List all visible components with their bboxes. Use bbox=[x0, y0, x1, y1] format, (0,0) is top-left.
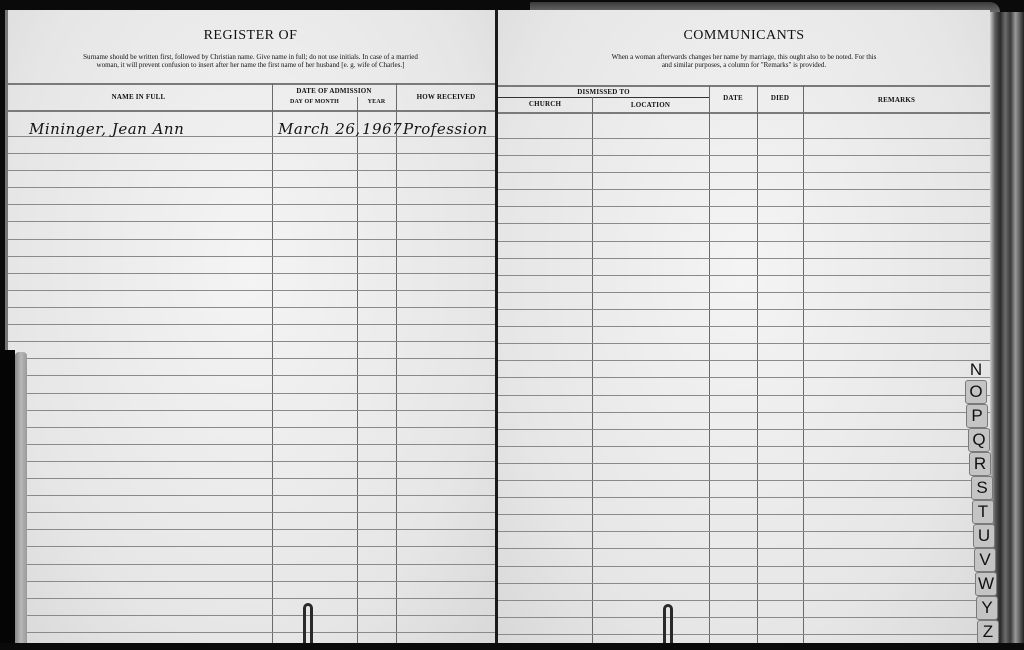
row-rule bbox=[5, 564, 496, 565]
row-rule bbox=[498, 412, 990, 413]
row-rule bbox=[498, 138, 990, 139]
row-rule bbox=[498, 480, 990, 481]
column-header-dismissed-to: DISMISSED TO bbox=[498, 88, 709, 96]
row-rule bbox=[498, 292, 990, 293]
row-rule bbox=[498, 172, 990, 173]
row-rule bbox=[5, 290, 496, 291]
row-rule bbox=[498, 583, 990, 584]
divider-died-remarks bbox=[803, 85, 804, 645]
row-rule bbox=[498, 514, 990, 515]
row-rule bbox=[5, 375, 496, 376]
divider-name-date bbox=[272, 83, 273, 645]
right-instructions-line1: When a woman afterwards changes her name… bbox=[498, 53, 990, 61]
index-tab-o[interactable]: O bbox=[965, 380, 987, 404]
row-rule bbox=[498, 223, 990, 224]
divider-date-died bbox=[757, 85, 758, 645]
row-rule bbox=[5, 256, 496, 257]
left-page: REGISTER OF Surname should be written fi… bbox=[5, 10, 496, 645]
row-rule bbox=[5, 324, 496, 325]
row-rule bbox=[5, 358, 496, 359]
entry-day-of-month: March 26, bbox=[278, 120, 361, 138]
row-rule bbox=[498, 258, 990, 259]
index-tab-q[interactable]: Q bbox=[968, 428, 990, 452]
page-title-communicants: COMMUNICANTS bbox=[498, 28, 990, 44]
index-tab-v[interactable]: V bbox=[974, 548, 996, 572]
index-tab-n[interactable]: N bbox=[965, 358, 987, 382]
row-rule bbox=[5, 221, 496, 222]
row-rule bbox=[5, 546, 496, 547]
row-rule bbox=[498, 377, 990, 378]
row-rule bbox=[5, 427, 496, 428]
row-rule bbox=[498, 326, 990, 327]
divider-location-date bbox=[709, 85, 710, 645]
column-header-location: LOCATION bbox=[592, 101, 709, 109]
row-rule bbox=[5, 204, 496, 205]
index-tab-u[interactable]: U bbox=[973, 524, 995, 548]
right-instructions-line2: and similar purposes, a column for "Rema… bbox=[498, 61, 990, 69]
page-title-register-of: REGISTER OF bbox=[5, 28, 496, 44]
column-header-name: NAME IN FULL bbox=[5, 93, 272, 101]
left-instructions-line2: woman, it will prevent confusion to inse… bbox=[5, 61, 496, 69]
row-rule bbox=[5, 341, 496, 342]
row-rule bbox=[5, 170, 496, 171]
entry-name: Mininger, Jean Ann bbox=[29, 120, 184, 138]
entry-year: 1967 bbox=[362, 120, 402, 138]
row-rule bbox=[5, 478, 496, 479]
column-header-date-of-admission: DATE OF ADMISSION bbox=[272, 87, 396, 95]
header-bottom-rule bbox=[5, 110, 496, 112]
index-tab-w[interactable]: W bbox=[975, 572, 997, 596]
row-rule bbox=[498, 275, 990, 276]
row-rule bbox=[498, 309, 990, 310]
row-rule bbox=[5, 529, 496, 530]
row-rule bbox=[498, 634, 990, 635]
entry-how-received: Profession bbox=[403, 120, 488, 138]
row-rule bbox=[5, 461, 496, 462]
column-header-church: CHURCH bbox=[498, 100, 592, 108]
row-rule bbox=[5, 598, 496, 599]
row-rule bbox=[498, 395, 990, 396]
right-page: COMMUNICANTS When a woman afterwards cha… bbox=[498, 10, 990, 645]
row-rule bbox=[5, 187, 496, 188]
index-tab-y[interactable]: Y bbox=[976, 596, 998, 620]
column-header-date: DATE bbox=[709, 94, 757, 102]
row-rule bbox=[498, 531, 990, 532]
dismissed-to-underline bbox=[498, 97, 709, 98]
row-rule bbox=[498, 548, 990, 549]
row-rule bbox=[498, 206, 990, 207]
header-top-rule-right bbox=[498, 85, 990, 87]
row-rule bbox=[498, 241, 990, 242]
row-rule bbox=[5, 444, 496, 445]
row-rule bbox=[5, 581, 496, 582]
alphabet-index-tabs: N O P Q R S T U V W Y Z bbox=[963, 358, 999, 648]
row-rule bbox=[498, 429, 990, 430]
index-tab-t[interactable]: T bbox=[972, 500, 994, 524]
row-rule bbox=[5, 410, 496, 411]
index-tab-r[interactable]: R bbox=[969, 452, 991, 476]
index-tab-p[interactable]: P bbox=[966, 404, 988, 428]
right-instructions: When a woman afterwards changes her name… bbox=[498, 53, 990, 69]
row-rule bbox=[498, 343, 990, 344]
row-rule bbox=[5, 632, 496, 633]
header-top-rule bbox=[5, 83, 496, 85]
row-rule bbox=[498, 155, 990, 156]
divider-church-location bbox=[592, 97, 593, 645]
row-rule bbox=[5, 512, 496, 513]
row-rule bbox=[5, 273, 496, 274]
row-rule bbox=[498, 189, 990, 190]
row-rule bbox=[498, 617, 990, 618]
row-rule bbox=[5, 495, 496, 496]
index-tab-z[interactable]: Z bbox=[977, 620, 999, 644]
row-rule bbox=[498, 360, 990, 361]
row-rule bbox=[498, 600, 990, 601]
column-header-day-of-month: DAY OF MONTH bbox=[272, 99, 357, 105]
left-binding-strip bbox=[15, 352, 27, 645]
row-rule bbox=[5, 307, 496, 308]
column-header-died: DIED bbox=[757, 94, 803, 102]
left-instructions-line1: Surname should be written first, followe… bbox=[5, 53, 496, 61]
left-binding-edge bbox=[5, 10, 8, 350]
left-page-cutaway bbox=[0, 350, 15, 650]
row-rule bbox=[5, 239, 496, 240]
divider-year-how bbox=[396, 83, 397, 645]
row-rule bbox=[5, 393, 496, 394]
row-rule bbox=[498, 497, 990, 498]
column-header-how-received: HOW RECEIVED bbox=[396, 93, 496, 101]
row-rule bbox=[5, 153, 496, 154]
header-bottom-rule-right bbox=[498, 112, 990, 114]
divider-day-year bbox=[357, 97, 358, 645]
row-rule bbox=[498, 463, 990, 464]
column-header-year: YEAR bbox=[357, 99, 396, 105]
binder-ring-left bbox=[303, 603, 313, 645]
row-rule bbox=[498, 566, 990, 567]
left-instructions: Surname should be written first, followe… bbox=[5, 53, 496, 69]
binder-ring-right bbox=[663, 604, 673, 645]
bottom-shadow bbox=[0, 643, 1024, 650]
row-rule bbox=[498, 446, 990, 447]
index-tab-s[interactable]: S bbox=[971, 476, 993, 500]
center-gutter bbox=[495, 10, 498, 645]
row-rule bbox=[5, 615, 496, 616]
column-header-remarks: REMARKS bbox=[803, 96, 990, 104]
